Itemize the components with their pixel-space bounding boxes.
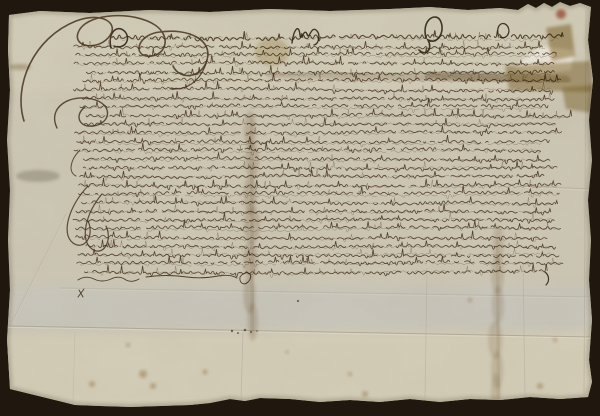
ink-speck [237, 332, 239, 334]
foxing-spot [537, 383, 543, 389]
repair-patch [562, 85, 592, 113]
foxing-spot [286, 351, 289, 354]
foxing-spot [362, 391, 368, 397]
manuscript-photo [0, 0, 600, 416]
drip-stain [245, 141, 259, 179]
smudge-stain [16, 170, 60, 182]
drip-stain [243, 241, 257, 279]
manuscript-scene [0, 0, 600, 416]
foxing-spot [348, 372, 352, 376]
seal-wax-spot [556, 9, 566, 19]
edge-streak-stain [9, 64, 31, 70]
drip-stain [492, 286, 504, 324]
foxing-spot [553, 338, 557, 342]
stain-blot [255, 38, 289, 66]
foxing-spot [139, 370, 147, 378]
drip-stain [248, 303, 258, 341]
ink-speck [244, 329, 247, 332]
drip-stain [244, 206, 260, 244]
foxing-spot [468, 298, 472, 302]
foxing-spot [89, 381, 95, 387]
ink-speck [297, 300, 299, 302]
ink-speck [231, 330, 233, 332]
foxing-spot [126, 343, 130, 347]
foxing-spot [203, 370, 208, 375]
foxing-spot [150, 383, 156, 389]
